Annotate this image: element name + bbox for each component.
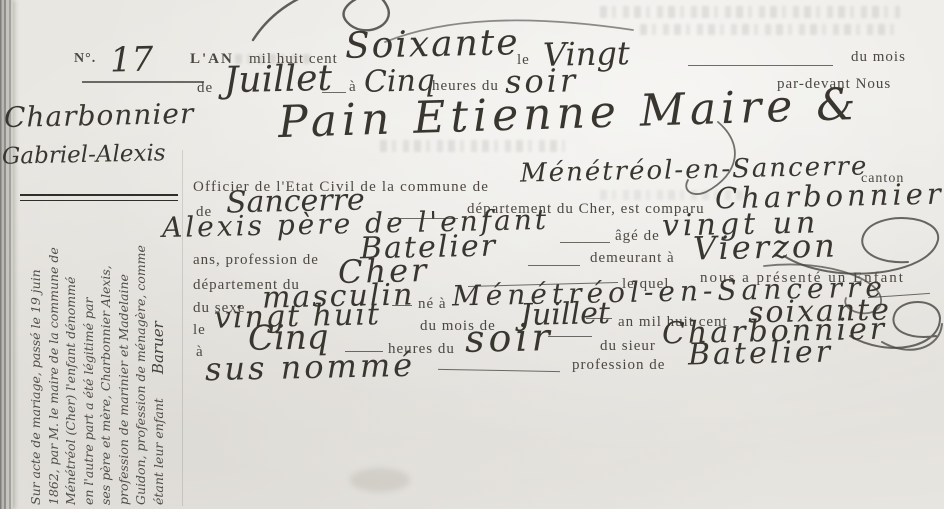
- margin-note-line: étant leur enfantBaruer: [150, 207, 168, 505]
- printed-du-sieur: du sieur: [600, 338, 656, 355]
- fill-line: [586, 318, 612, 319]
- printed-demeurant-a: demeurant à: [590, 250, 675, 267]
- margin-note-line: Guidon, profession de ménagère, comme: [132, 207, 150, 505]
- margin-note-line: ses père et mère, Charbonnier Alexis,: [97, 207, 115, 505]
- printed-le: le: [193, 322, 206, 339]
- margin-note-signature: Baruer: [149, 321, 167, 374]
- margin-note-line: en l'autre part a été légitimé par: [80, 207, 98, 505]
- printed-profession-de: profession de: [572, 357, 665, 374]
- printed-ans-profession: ans, profession de: [193, 252, 319, 269]
- printed-du-mois: du mois: [851, 49, 906, 66]
- margin-separator-line: [182, 150, 183, 506]
- ink-bleedthrough: [600, 6, 900, 18]
- fill-line: [560, 242, 610, 243]
- margin-note-line: profession de marinier et Madelaine: [115, 207, 133, 505]
- margin-divider-rule: [20, 194, 178, 201]
- printed-de: de: [197, 80, 213, 97]
- printed-a: à: [196, 344, 204, 361]
- civil-register-scan: N°. 17 Charbonnier Gabriel-Alexis Sur ac…: [0, 0, 944, 509]
- margin-note-line: Ménétréol (Cher) l'enfant dénommé: [62, 207, 80, 505]
- fill-line: [322, 92, 346, 93]
- entry-father-profession: Batelier: [688, 334, 834, 372]
- act-number-label: N°.: [74, 51, 96, 67]
- margin-note-legitimation: Sur acte de mariage, passé le 19 juin 18…: [27, 207, 167, 505]
- fill-line: [392, 305, 412, 306]
- fill-line: [528, 265, 580, 266]
- printed-ne-a: né à: [418, 296, 447, 313]
- margin-child-surname: Charbonnier: [4, 97, 195, 134]
- act-number-underline: [82, 81, 204, 83]
- book-binding-edge: [0, 0, 13, 509]
- margin-note-line-text: étant leur enfant: [151, 398, 166, 505]
- printed-age-de: âgé de: [615, 228, 660, 245]
- entry-year-word: Soixante: [345, 22, 520, 67]
- ink-bleedthrough: [640, 24, 900, 35]
- act-number: 17: [110, 40, 154, 81]
- fill-line: [548, 336, 592, 337]
- fill-line: [688, 65, 833, 66]
- margin-child-givenname: Gabriel-Alexis: [2, 140, 166, 169]
- entry-sus-nomme: sus nommé: [205, 346, 416, 388]
- printed-a: à: [349, 79, 357, 96]
- margin-note-line: Sur acte de mariage, passé le 19 juin: [27, 207, 45, 505]
- entry-residence: Vierzon: [693, 226, 839, 267]
- entry-birth-period: soir: [465, 315, 555, 361]
- paper-stain: [350, 468, 410, 492]
- margin-note-line: 1862, par M. le maire de la commune de: [45, 207, 63, 505]
- entry-month: Juillet: [224, 58, 333, 101]
- fill-line: [438, 369, 560, 372]
